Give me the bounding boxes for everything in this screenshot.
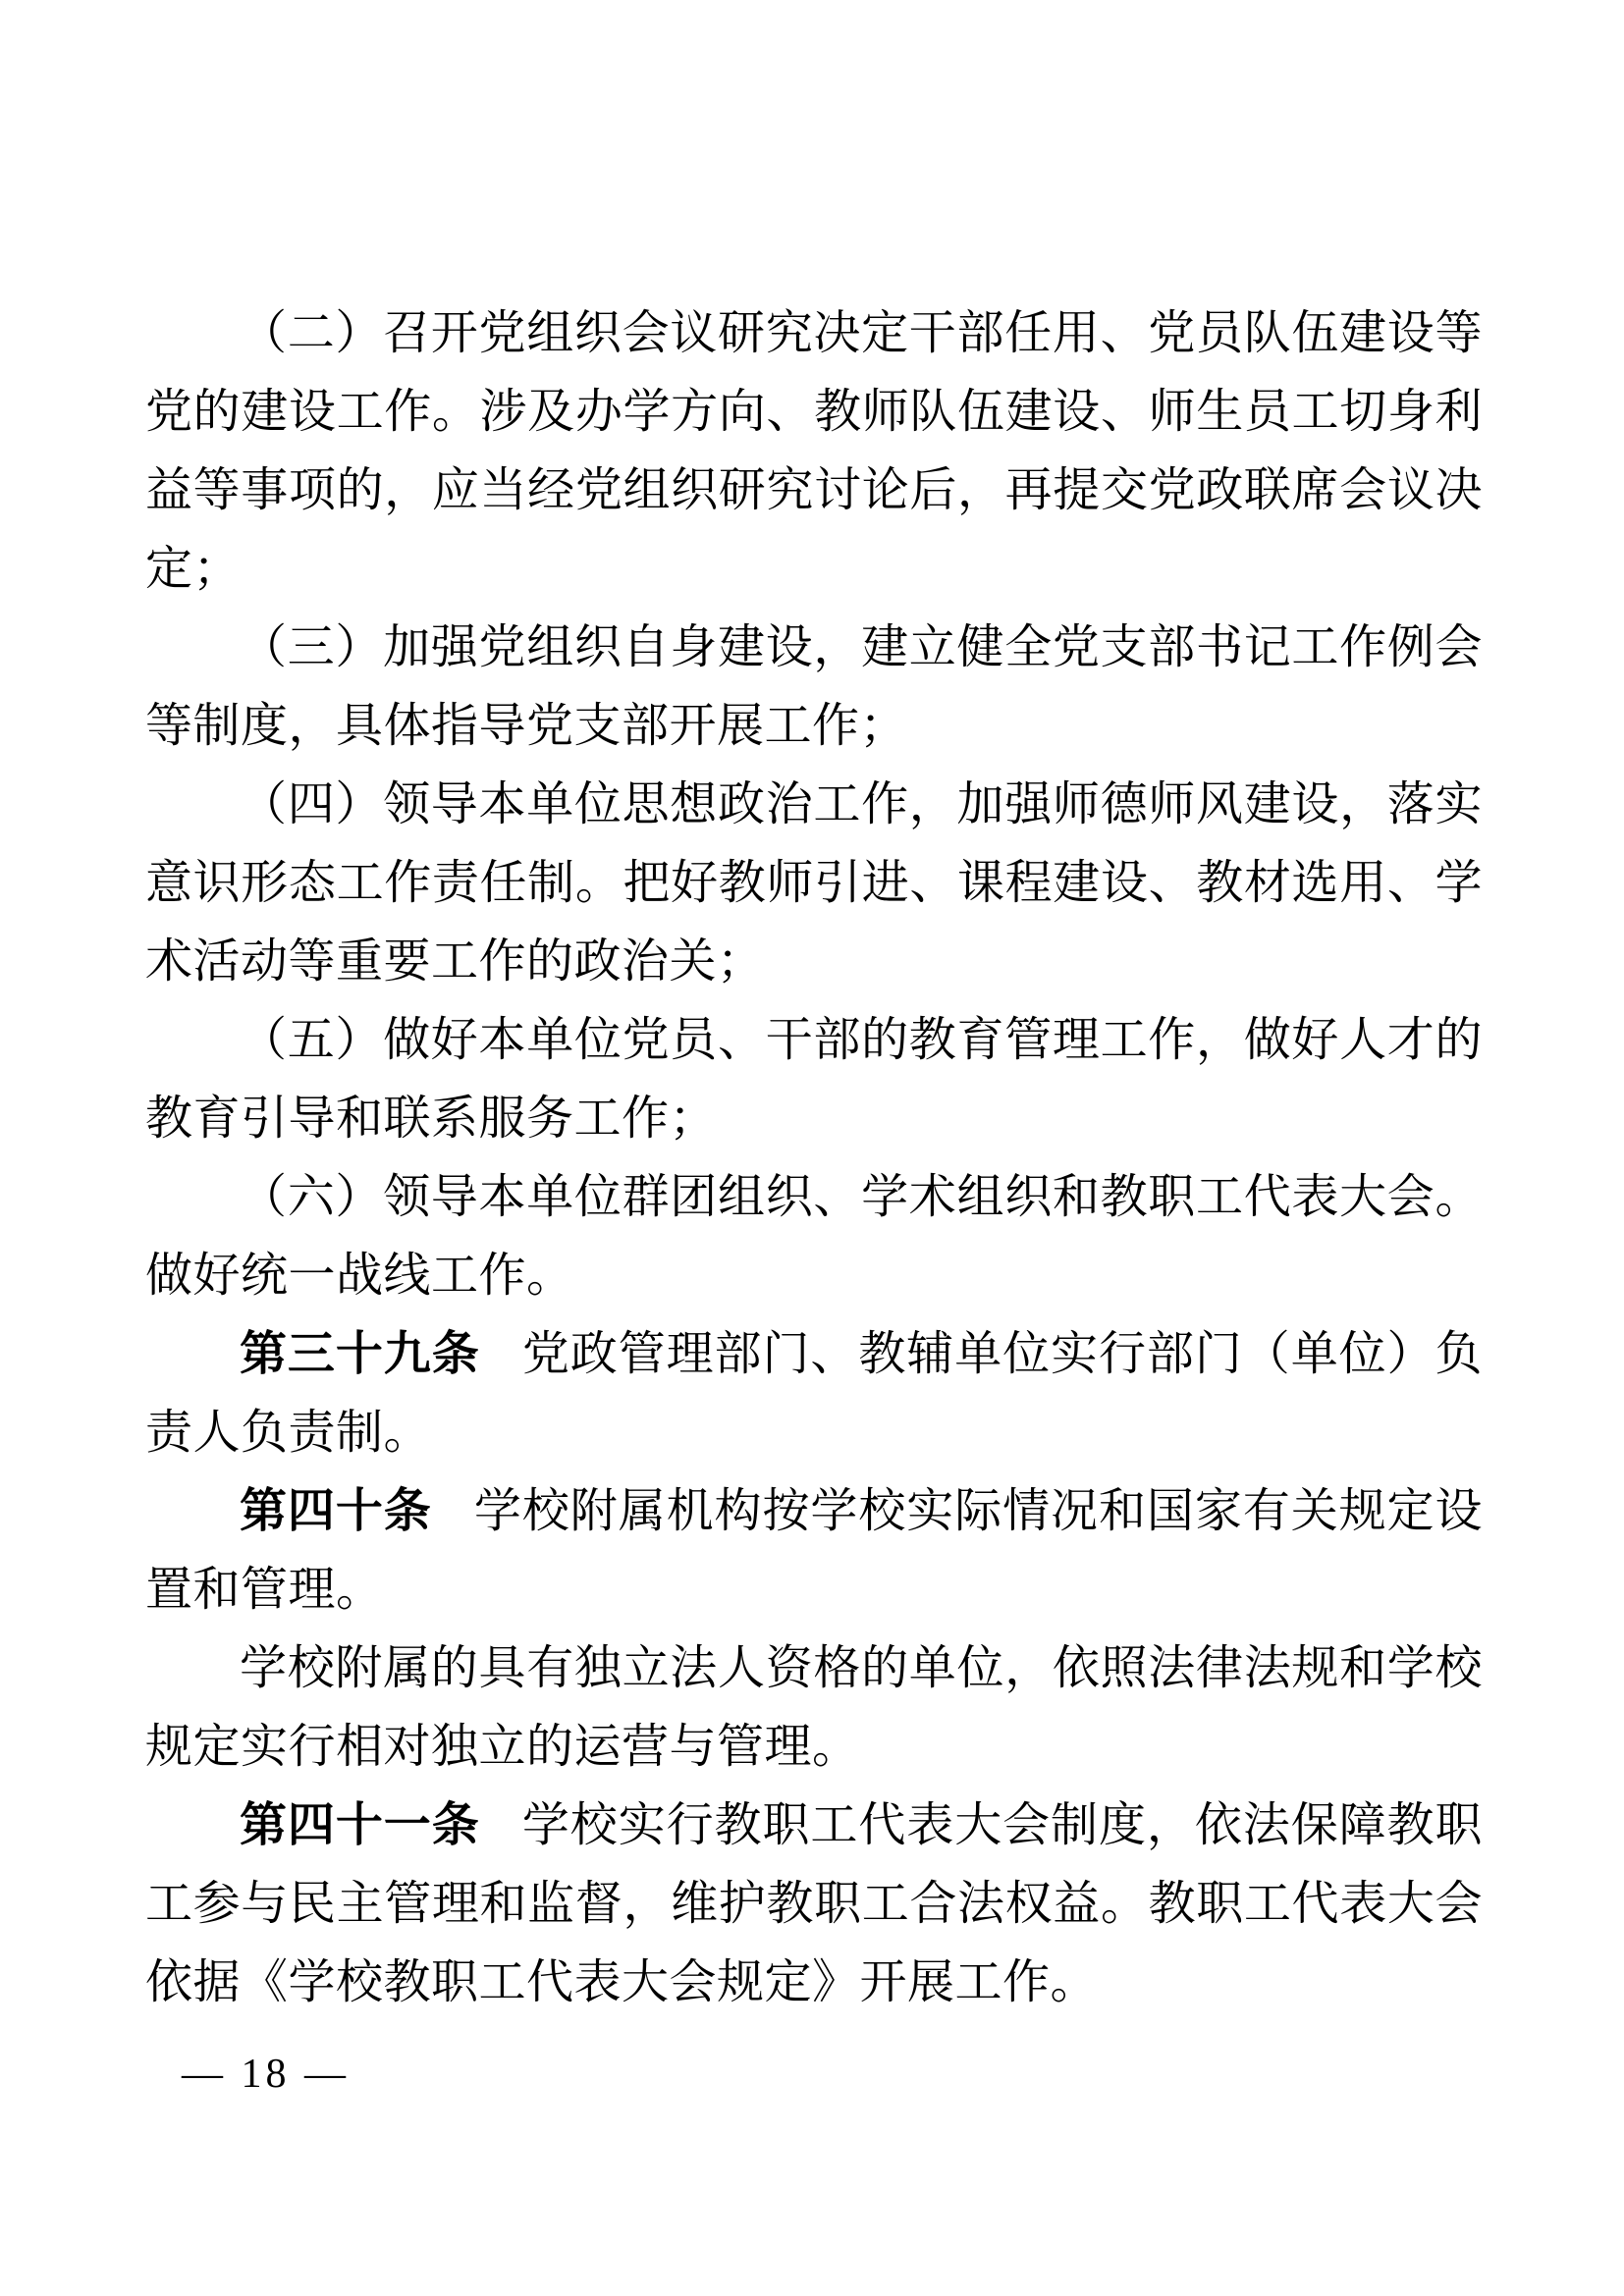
paragraph-article-39: 第三十九条党政管理部门、教辅单位实行部门（单位）负责人负责制。 (145, 1315, 1483, 1472)
article-39-number: 第三十九条 (240, 1328, 480, 1380)
paragraph-item-5: （五）做好本单位党员、干部的教育管理工作，做好人才的教育引导和联系服务工作； (145, 1001, 1483, 1158)
document-body: （二）召开党组织会议研究决定干部任用、党员队伍建设等党的建设工作。涉及办学方向、… (145, 294, 1483, 2022)
page-number: — 18 — (182, 2050, 350, 2099)
paragraph-article-40-cont: 学校附属的具有独立法人资格的单位，依照法律法规和学校规定实行相对独立的运营与管理… (145, 1629, 1483, 1787)
paragraph-article-41: 第四十一条学校实行教职工代表大会制度，依法保障教职工参与民主管理和监督，维护教职… (145, 1787, 1483, 2022)
paragraph-article-40: 第四十条学校附属机构按学校实际情况和国家有关规定设置和管理。 (145, 1472, 1483, 1629)
paragraph-item-3: （三）加强党组织自身建设，建立健全党支部书记工作例会等制度，具体指导党支部开展工… (145, 609, 1483, 766)
article-41-number: 第四十一条 (240, 1799, 480, 1851)
paragraph-item-2: （二）召开党组织会议研究决定干部任用、党员队伍建设等党的建设工作。涉及办学方向、… (145, 294, 1483, 609)
article-40-number: 第四十条 (240, 1485, 432, 1537)
paragraph-item-6: （六）领导本单位群团组织、学术组织和教职工代表大会。做好统一战线工作。 (145, 1158, 1483, 1315)
document-page: （二）召开党组织会议研究决定干部任用、党员队伍建设等党的建设工作。涉及办学方向、… (0, 0, 1624, 2296)
paragraph-item-4: （四）领导本单位思想政治工作，加强师德师风建设，落实意识形态工作责任制。把好教师… (145, 766, 1483, 1001)
